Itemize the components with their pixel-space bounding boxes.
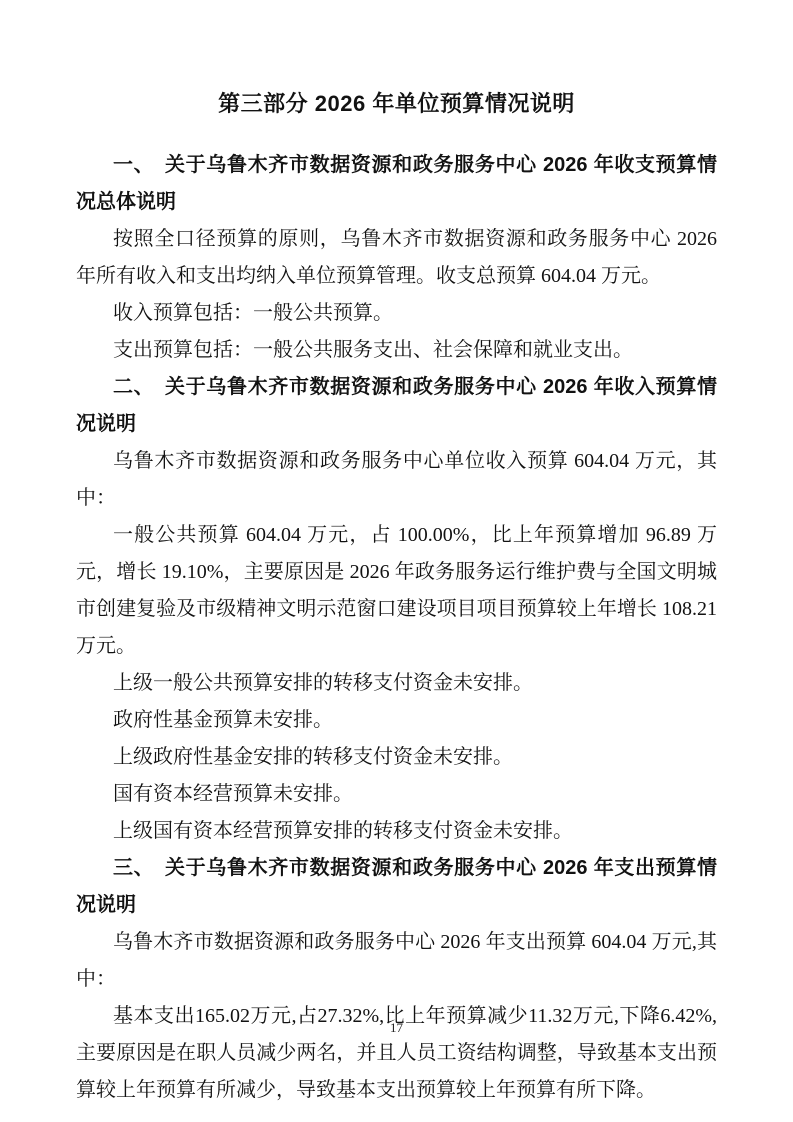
document-title: 第三部分 2026 年单位预算情况说明 xyxy=(76,85,717,123)
paragraph: 收入预算包括：一般公共预算。 xyxy=(76,295,717,332)
paragraph: 上级政府性基金安排的转移支付资金未安排。 xyxy=(76,739,717,776)
paragraph: 乌鲁木齐市数据资源和政务服务中心单位收入预算 604.04 万元，其中： xyxy=(76,443,717,517)
document-body: 一、 关于乌鲁木齐市数据资源和政务服务中心 2026 年收支预算情况总体说明 按… xyxy=(76,147,717,1109)
paragraph: 上级国有资本经营预算安排的转移支付资金未安排。 xyxy=(76,813,717,850)
section-heading-2: 二、 关于乌鲁木齐市数据资源和政务服务中心 2026 年收入预算情况说明 xyxy=(76,369,717,443)
paragraph: 上级一般公共预算安排的转移支付资金未安排。 xyxy=(76,665,717,702)
paragraph: 政府性基金预算未安排。 xyxy=(76,702,717,739)
page-number: 17 xyxy=(0,1020,793,1036)
paragraph: 按照全口径预算的原则，乌鲁木齐市数据资源和政务服务中心 2026 年所有收入和支… xyxy=(76,221,717,295)
section-heading-3: 三、 关于乌鲁木齐市数据资源和政务服务中心 2026 年支出预算情况说明 xyxy=(76,850,717,924)
paragraph: 支出预算包括：一般公共服务支出、社会保障和就业支出。 xyxy=(76,332,717,369)
paragraph: 基本支出165.02万元,占27.32%,比上年预算减少11.32万元,下降6.… xyxy=(76,998,717,1109)
section-heading-1: 一、 关于乌鲁木齐市数据资源和政务服务中心 2026 年收支预算情况总体说明 xyxy=(76,147,717,221)
paragraph: 国有资本经营预算未安排。 xyxy=(76,776,717,813)
paragraph: 乌鲁木齐市数据资源和政务服务中心 2026 年支出预算 604.04 万元,其中… xyxy=(76,924,717,998)
paragraph: 一般公共预算 604.04 万元，占 100.00%，比上年预算增加 96.89… xyxy=(76,517,717,665)
document-page: 第三部分 2026 年单位预算情况说明 一、 关于乌鲁木齐市数据资源和政务服务中… xyxy=(0,0,793,1122)
